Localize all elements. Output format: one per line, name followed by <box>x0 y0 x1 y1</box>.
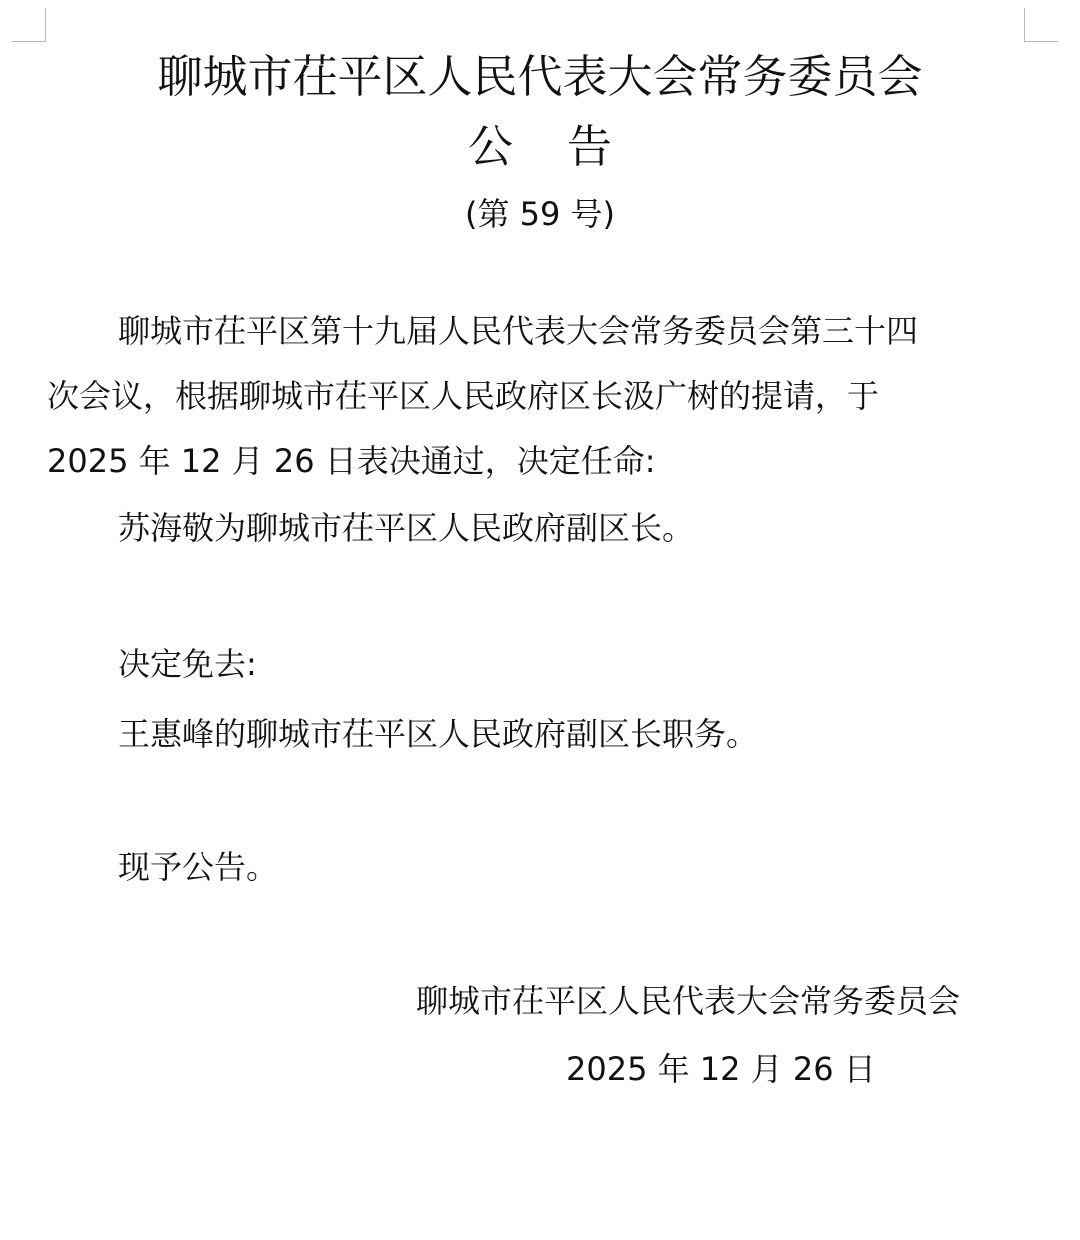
signature-date: 2025 年 12 月 26 日 <box>566 1047 876 1091</box>
subtitle-char-2: 告 <box>567 120 612 173</box>
appointment-text: 苏海敬为聊城市茌平区人民政府副区长。 <box>118 506 694 550</box>
page-corner-mark-top-left <box>12 8 46 42</box>
body-paragraph-line-1: 聊城市茌平区第十九届人民代表大会常务委员会第三十四 <box>118 309 918 353</box>
removal-text: 王惠峰的聊城市茌平区人民政府副区长职务。 <box>118 712 758 756</box>
removal-heading: 决定免去: <box>118 642 257 686</box>
closing-text: 现予公告。 <box>118 845 278 889</box>
document-title: 聊城市茌平区人民代表大会常务委员会 <box>0 48 1080 106</box>
page-corner-mark-top-right <box>1024 8 1058 42</box>
announcement-number: (第 59 号) <box>0 192 1080 236</box>
subtitle-char-1: 公 <box>468 120 513 173</box>
signature-organization: 聊城市茌平区人民代表大会常务委员会 <box>416 979 960 1023</box>
document-subtitle: 公告 <box>0 118 1080 176</box>
body-paragraph-line-3: 2025 年 12 月 26 日表决通过，决定任命: <box>47 439 656 483</box>
body-paragraph-line-2: 次会议，根据聊城市茌平区人民政府区长汲广树的提请，于 <box>47 374 879 418</box>
